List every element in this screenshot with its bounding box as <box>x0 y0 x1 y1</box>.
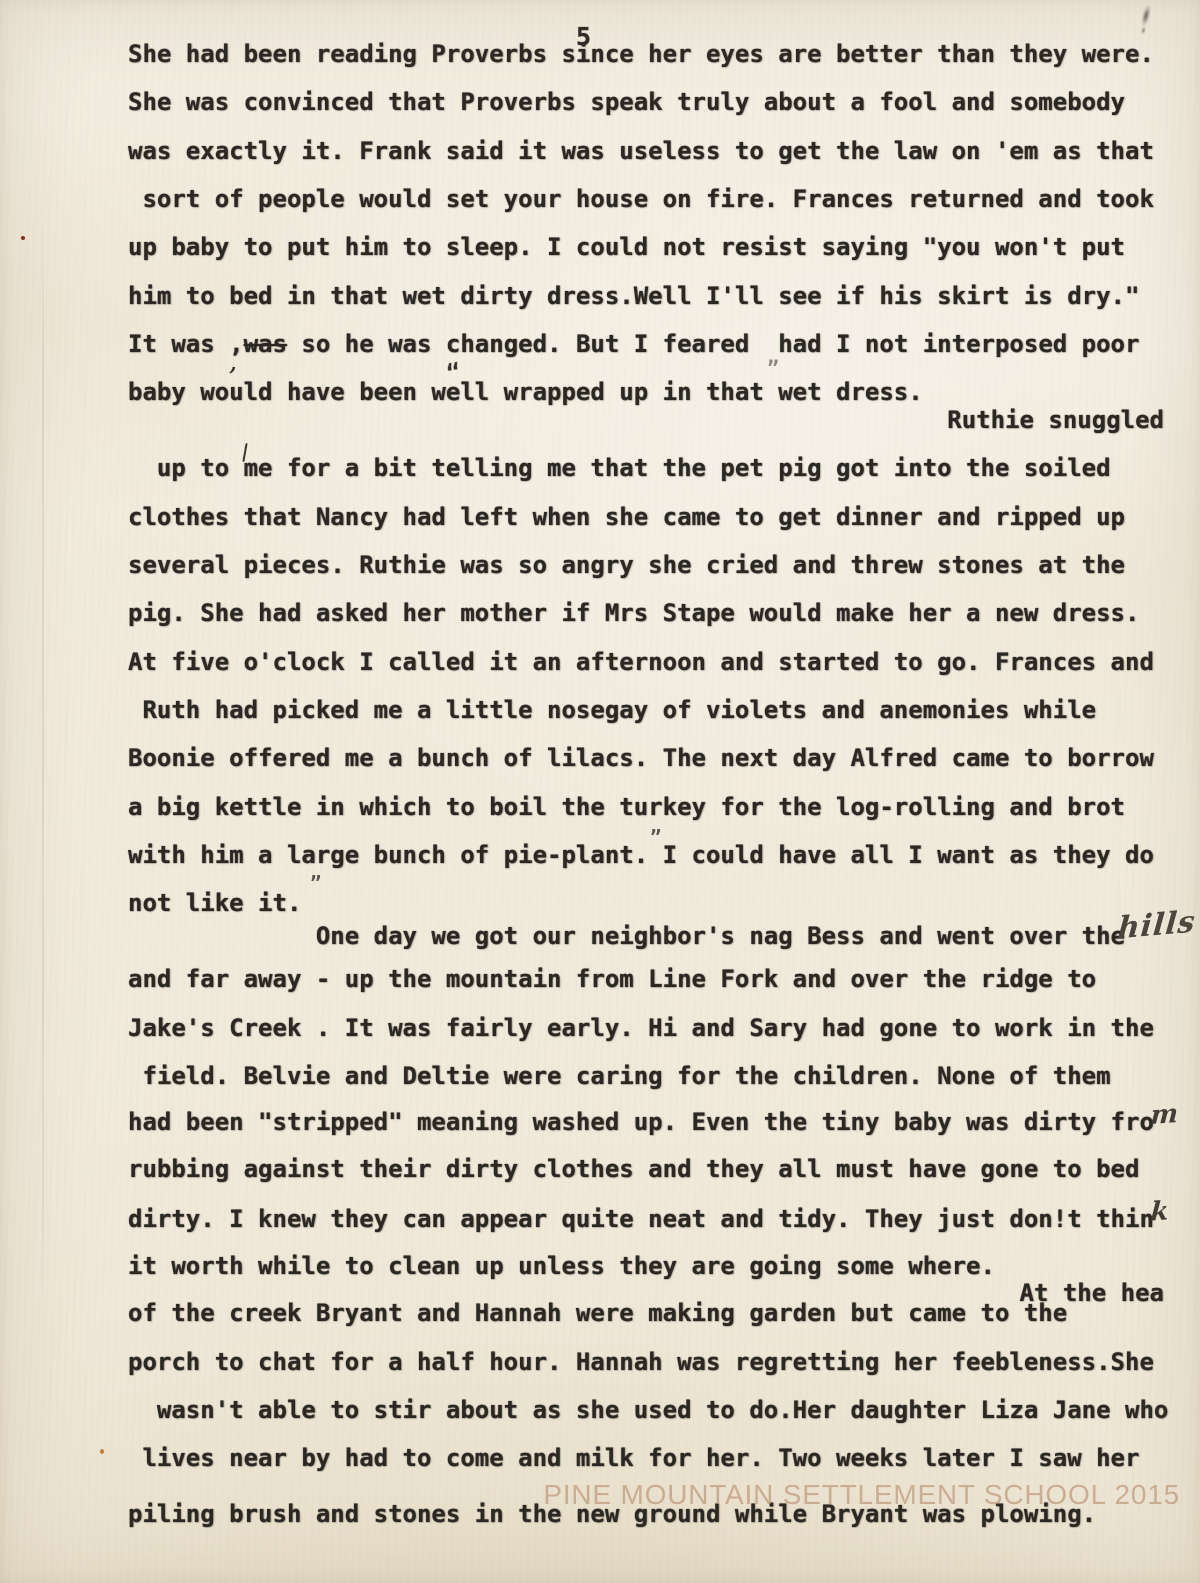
typed-segment: One day we got our neighbor's nag Bess a… <box>128 922 1125 950</box>
typed-line: wasn't able to stir about as she used to… <box>128 1396 1176 1444</box>
typed-line: clothes that Nancy had left when she cam… <box>128 503 1176 551</box>
watermark: PINE MOUNTAIN SETTLEMENT SCHOOL 2015 <box>543 1479 1180 1511</box>
scanned-letter-page: 5 She had been reading Proverbs since he… <box>0 0 1200 1583</box>
typed-segment: clothes that Nancy had left when she cam… <box>128 503 1125 531</box>
typed-line: porch to chat for a half hour. Hannah wa… <box>128 1348 1176 1396</box>
typed-segment: not like it. <box>128 889 301 917</box>
typed-segment: At five o'clock I called it an afternoon… <box>128 648 1154 676</box>
typed-line: Ruthie snuggled <box>128 406 1176 454</box>
inserted-quote-mark-it: ” <box>310 872 321 894</box>
typed-line: sort of people would set your house on f… <box>128 185 1176 233</box>
typed-segment: wasn't able to stir about as she used to… <box>128 1396 1168 1424</box>
handwritten-addition: k <box>1149 1196 1170 1229</box>
typed-segment: was exactly it. Frank said it was useles… <box>128 137 1154 165</box>
typed-text: She had been reading Proverbs since her … <box>128 40 1176 1549</box>
typed-line: him to bed in that wet dirty dress.Well … <box>128 282 1176 330</box>
typed-line: had been "stripped" meaning washed up. E… <box>128 1107 1176 1155</box>
struck-out-word: was <box>244 330 287 358</box>
typed-line: not like it. <box>128 889 1176 917</box>
typed-line: several pieces. Ruthie was so angry she … <box>128 551 1176 599</box>
typed-line: of the creek Bryant and Hannah were maki… <box>128 1299 1176 1347</box>
typed-segment: of the creek Bryant and Hannah were maki… <box>128 1299 1067 1327</box>
typed-segment: It was , <box>128 330 244 358</box>
typed-segment: and far away - up the mountain from Line… <box>128 965 1096 993</box>
typed-segment: sort of people would set your house on f… <box>128 185 1154 213</box>
ink-smudge <box>1137 4 1154 36</box>
typed-segment: She had been reading Proverbs since her … <box>128 40 1154 68</box>
typed-segment: rubbing against their dirty clothes and … <box>128 1155 1139 1183</box>
typed-segment: up to me for a bit telling me that the p… <box>128 454 1111 482</box>
typed-line: field. Belvie and Deltie were caring for… <box>128 1062 1176 1107</box>
typed-segment: Ruthie snuggled <box>947 406 1164 434</box>
typed-line: was exactly it. Frank said it was useles… <box>128 137 1176 185</box>
typed-segment: porch to chat for a half hour. Hannah wa… <box>128 1348 1154 1376</box>
typed-segment: baby would have been well wrapped up in … <box>128 378 923 406</box>
red-speck <box>21 236 25 240</box>
typed-segment: several pieces. Ruthie was so angry she … <box>128 551 1125 579</box>
typed-line: dirty. I knew they can appear quite neat… <box>128 1204 1176 1252</box>
handwritten-addition: m <box>1149 1099 1180 1132</box>
typed-line: rubbing against their dirty clothes and … <box>128 1155 1176 1203</box>
typed-segment: with him a large bunch of pie-plant. I c… <box>128 841 1154 869</box>
typed-segment: up baby to put him to sleep. I could not… <box>128 233 1125 261</box>
typed-line: She had been reading Proverbs since her … <box>128 40 1176 88</box>
typed-line: baby would have been well wrapped up in … <box>128 378 1176 406</box>
typed-line: with him a large bunch of pie-plant. I c… <box>128 841 1176 889</box>
typed-line: She was convinced that Proverbs speak tr… <box>128 88 1176 136</box>
paper-crease <box>42 210 44 1360</box>
typed-line: Jake's Creek . It was fairly early. Hi a… <box>128 1014 1176 1062</box>
typed-segment: dirty. I knew they can appear quite neat… <box>128 1205 1154 1233</box>
typed-segment: so he was changed. But I feared had I no… <box>287 330 1140 358</box>
typed-line: it worth while to clean up unless they a… <box>128 1252 1176 1280</box>
orange-speck <box>100 1449 104 1454</box>
handwritten-addition: hills <box>1116 904 1197 947</box>
typed-segment: Ruth had picked me a little nosegay of v… <box>128 696 1096 724</box>
typed-segment: field. Belvie and Deltie were caring for… <box>128 1062 1111 1090</box>
typed-segment: She was convinced that Proverbs speak tr… <box>128 88 1125 116</box>
typed-line: At the hea <box>128 1279 1176 1299</box>
typed-segment: lives near by had to come and milk for h… <box>128 1444 1139 1472</box>
typed-segment: him to bed in that wet dirty dress.Well … <box>128 282 1139 310</box>
typed-line: and far away - up the mountain from Line… <box>128 965 1176 1013</box>
typed-line: At five o'clock I called it an afternoon… <box>128 648 1176 696</box>
typed-line: up baby to put him to sleep. I could not… <box>128 233 1176 281</box>
typed-line: Ruth had picked me a little nosegay of v… <box>128 696 1176 744</box>
typed-segment: Boonie offered me a bunch of lilacs. The… <box>128 744 1154 772</box>
typed-line: One day we got our neighbor's nag Bess a… <box>128 917 1176 965</box>
typed-segment: pig. She had asked her mother if Mrs Sta… <box>128 599 1139 627</box>
typed-segment: it worth while to clean up unless they a… <box>128 1252 995 1280</box>
inserted-quote-mark-faint: ” <box>767 356 779 380</box>
typed-line: Boonie offered me a bunch of lilacs. The… <box>128 744 1176 792</box>
typed-segment: a big kettle in which to boil the turkey… <box>128 793 1125 821</box>
typed-segment: had been "stripped" meaning washed up. E… <box>128 1108 1154 1136</box>
typed-segment: Jake's Creek . It was fairly early. Hi a… <box>128 1014 1154 1042</box>
typed-line: It was ,was so he was changed. But I fea… <box>128 330 1176 378</box>
typed-line: pig. She had asked her mother if Mrs Sta… <box>128 599 1176 647</box>
inserted-quote-mark-pieplant: ” <box>650 826 661 848</box>
typed-line: up to me for a bit telling me that the p… <box>128 454 1176 502</box>
